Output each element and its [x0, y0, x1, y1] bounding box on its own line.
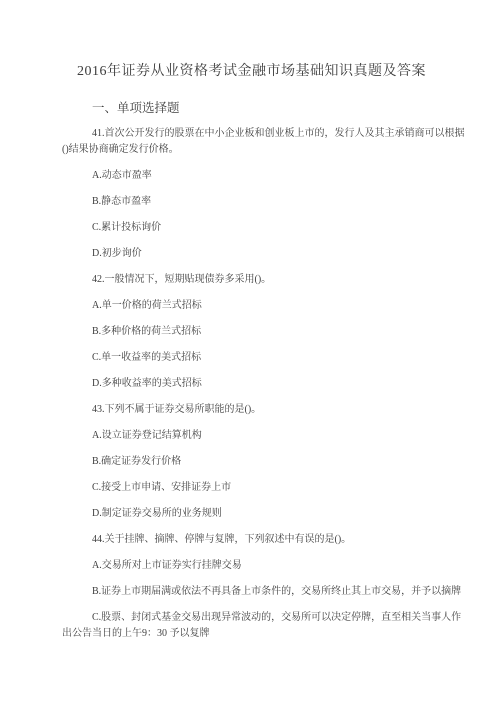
question-41-option-d: D.初步询价	[62, 246, 441, 262]
question-41-stem-line-2: ()结果协商确定发行价格。	[62, 142, 441, 158]
question-43-option-c: C.接受上市申请、安排证券上市	[62, 480, 441, 496]
document-title: 2016年证券从业资格考试金融市场基础知识真题及答案	[62, 63, 441, 80]
question-41-stem-line-1: 41.首次公开发行的股票在中小企业板和创业板上市的，发行人及其主承销商可以根据	[62, 126, 441, 142]
question-41-option-c: C.累计投标询价	[62, 220, 441, 236]
question-42-option-c: C.单一收益率的美式招标	[62, 350, 441, 366]
question-42-stem: 42.一般情况下，短期贴现债券多采用()。	[62, 272, 441, 288]
question-44-option-c-line-1: C.股票、封闭式基金交易出现异常波动的，交易所可以决定停牌，直至相关当事人作	[62, 610, 441, 626]
question-44-option-b: B.证券上市期届满或依法不再具备上市条件的，交易所终止其上市交易，并予以摘牌	[62, 584, 441, 600]
question-41-option-a: A.动态市盈率	[62, 168, 441, 184]
question-43-option-a: A.设立证券登记结算机构	[62, 428, 441, 444]
document-page: 2016年证券从业资格考试金融市场基础知识真题及答案 一、单项选择题 41.首次…	[0, 0, 499, 706]
question-43-option-b: B.确定证券发行价格	[62, 454, 441, 470]
question-42-option-a: A.单一价格的荷兰式招标	[62, 298, 441, 314]
question-41-stem: 41.首次公开发行的股票在中小企业板和创业板上市的，发行人及其主承销商可以根据 …	[62, 126, 441, 158]
section-heading: 一、单项选择题	[62, 100, 441, 116]
question-43-option-d: D.制定证券交易所的业务规则	[62, 506, 441, 522]
question-42-option-b: B.多种价格的荷兰式招标	[62, 324, 441, 340]
question-44-option-c: C.股票、封闭式基金交易出现异常波动的，交易所可以决定停牌，直至相关当事人作 出…	[62, 610, 441, 642]
question-44-option-a: A.交易所对上市证券实行挂牌交易	[62, 558, 441, 574]
question-43-stem: 43.下列不属于证券交易所职能的是()。	[62, 402, 441, 418]
question-41-option-b: B.静态市盈率	[62, 194, 441, 210]
question-44-stem: 44.关于挂牌、摘牌、停牌与复牌，下列叙述中有误的是()。	[62, 532, 441, 548]
question-42-option-d: D.多种收益率的美式招标	[62, 376, 441, 392]
question-44-option-c-line-2: 出公告当日的上午9：30 予以复牌	[62, 626, 441, 642]
